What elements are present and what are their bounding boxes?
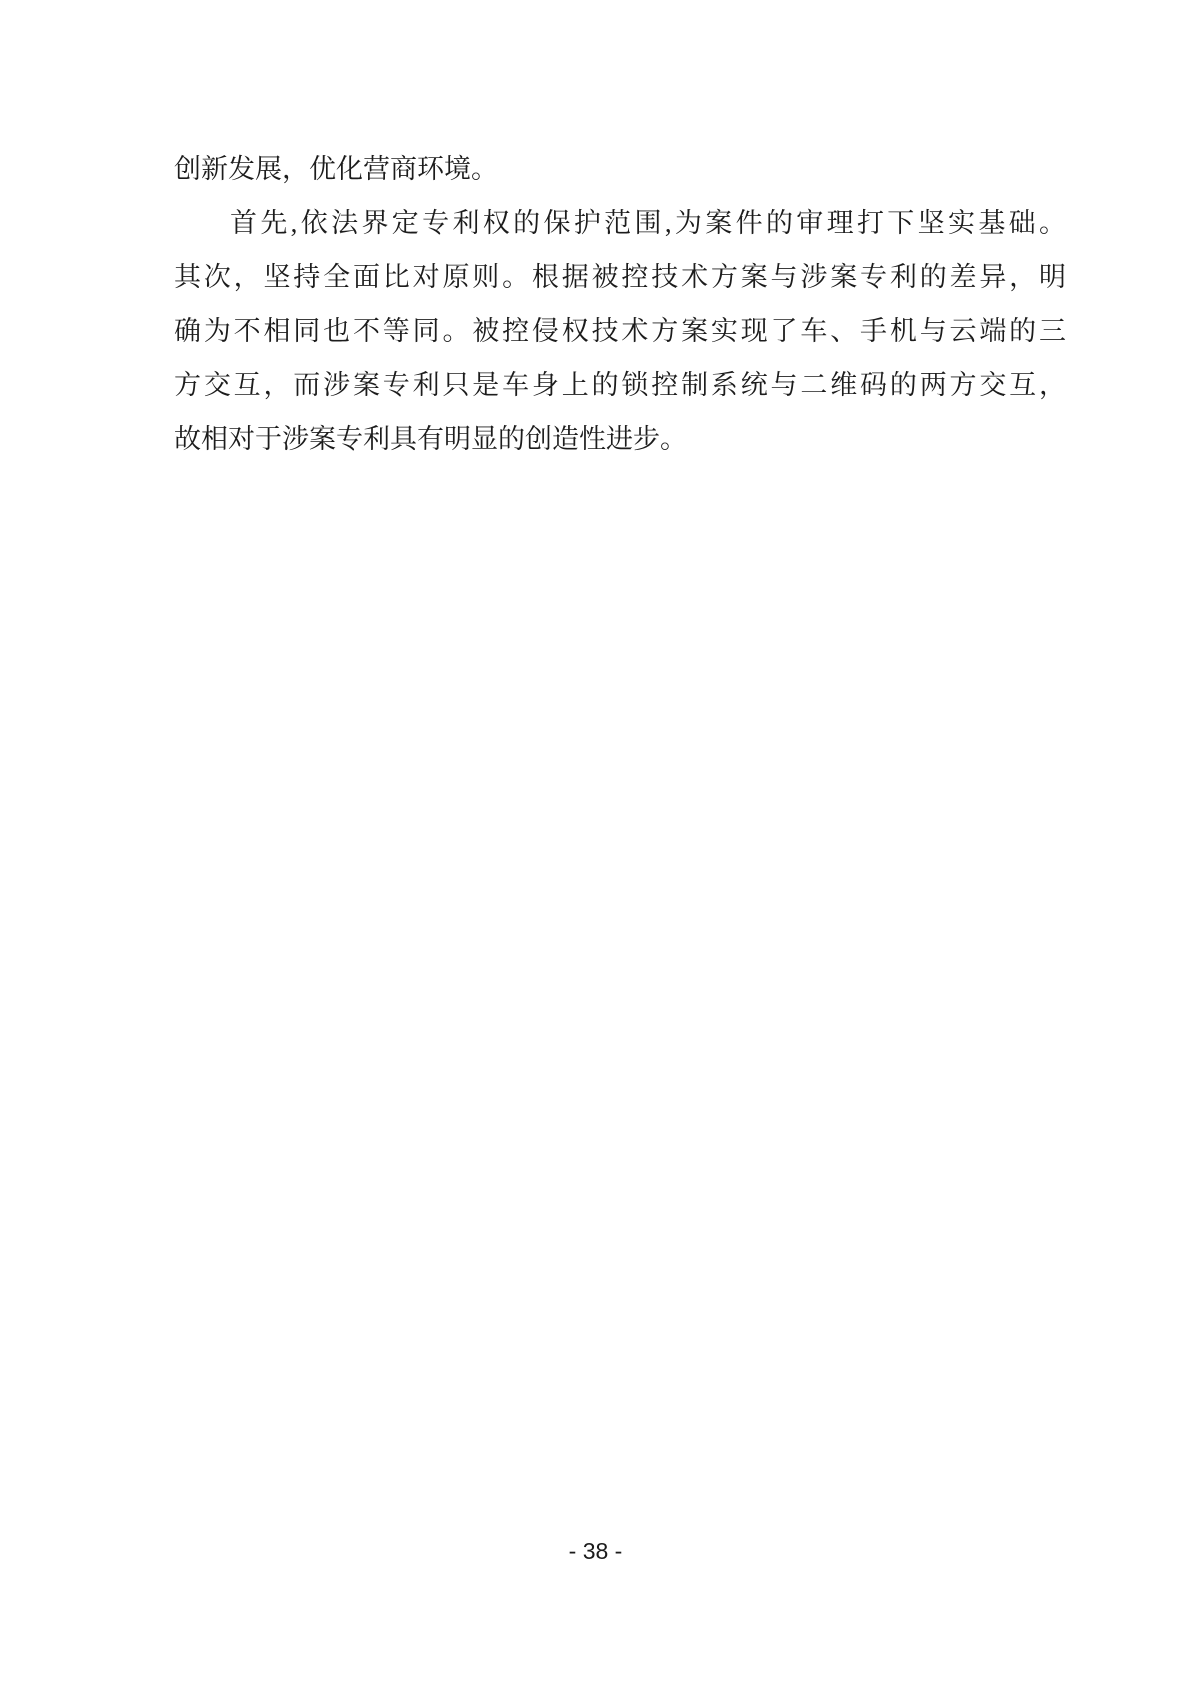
text-line: 方交互，而涉案专利只是车身上的锁控制系统与二维码的两方交互， [174,358,1066,412]
text-line: 其次，坚持全面比对原则。根据被控技术方案与涉案专利的差异，明 [174,250,1066,304]
page-number: - 38 - [0,1538,1191,1565]
text-line: 确为不相同也不等同。被控侵权技术方案实现了车、手机与云端的三 [174,304,1066,358]
text-line: 故相对于涉案专利具有明显的创造性进步。 [174,412,1066,466]
document-page: 创新发展，优化营商环境。 首先,依法界定专利权的保护范围,为案件的审理打下坚实基… [0,0,1191,1684]
paragraph-main: 首先,依法界定专利权的保护范围,为案件的审理打下坚实基础。 其次，坚持全面比对原… [174,196,1066,466]
paragraph-continuation: 创新发展，优化营商环境。 [174,142,1066,196]
text-line: 创新发展，优化营商环境。 [174,142,1066,196]
body-text: 创新发展，优化营商环境。 首先,依法界定专利权的保护范围,为案件的审理打下坚实基… [174,142,1066,466]
text-line: 首先,依法界定专利权的保护范围,为案件的审理打下坚实基础。 [174,196,1066,250]
